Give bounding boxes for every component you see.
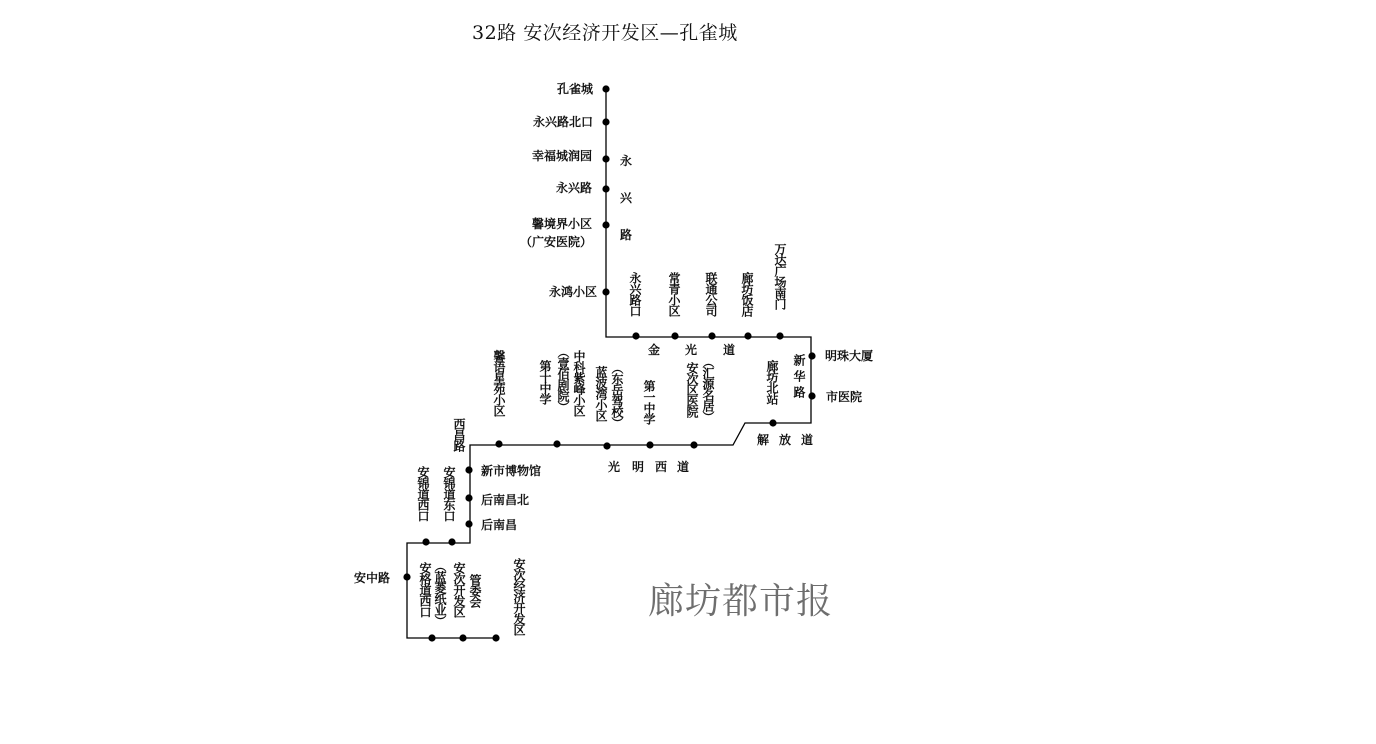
stop-sublabel: （广安医院） (500, 234, 592, 250)
stop-label: 中科紫峰小区 (571, 350, 587, 416)
road-label-guangming: 西 (655, 458, 667, 475)
stop-label: 万达广场南门 (772, 243, 788, 309)
road-label-yongxing: 路 (620, 226, 632, 243)
road-label-guangming: 道 (677, 458, 689, 475)
stop-label: 永兴路北口 (500, 114, 593, 130)
stop-label: 安中路 (354, 570, 390, 586)
stop-label: 新市博物馆 (481, 463, 541, 479)
stop-label: 廊坊饭店 (739, 272, 755, 316)
stop-label: 廊坊北站 (764, 360, 780, 404)
page-title: 32路 安次经济开发区—孔雀城 (472, 18, 738, 45)
stop-sublabel: （壹佰剧院） (555, 346, 571, 412)
road-label-guangming: 明 (632, 458, 644, 475)
road-label-jinguang: 光 (685, 341, 697, 358)
stop-sublabel: （蓝菱纸业） (432, 560, 448, 626)
stop-label: 馨境界小区 (500, 216, 592, 232)
stop-label: 馨语星苑小区 (491, 350, 507, 416)
stop-label: 安次开发区 (451, 562, 467, 617)
road-label-jiefang: 解 (757, 431, 769, 448)
stop-label-extra: 管委会 (467, 574, 483, 607)
road-label-jinguang: 金 (648, 341, 660, 358)
stop-label: 安次区医院 (684, 362, 700, 417)
stop-label: 安格道西口 (417, 562, 433, 617)
stop-label: 明珠大厦 (825, 348, 873, 364)
stop-label: 市医院 (826, 389, 862, 405)
stop-sublabel: （汇源名居） (700, 356, 716, 422)
stop-label: 常青小区 (666, 272, 682, 316)
road-label-jinguang: 道 (723, 341, 735, 358)
stop-label: 安锦道东口 (441, 466, 457, 521)
stop-label: 永鸿小区 (520, 284, 597, 300)
stop-label: 第一中学 (641, 380, 657, 424)
stop-sublabel: （东岳驾校） (609, 362, 625, 428)
stop-label: 蓝波湾小区 (593, 366, 609, 421)
road-label-jiefang: 道 (801, 431, 813, 448)
stop-label: 后南昌 (481, 517, 517, 533)
stop-label: 永兴路 (520, 180, 592, 196)
stop-label: 后南昌北 (481, 492, 529, 508)
stop-label-extra: 第十中学 (537, 360, 553, 404)
road-label-guangming: 光 (608, 458, 620, 475)
road-label-xinhua: 新华路 (791, 354, 808, 402)
stop-label: 安锦道西口 (415, 466, 431, 521)
stop-label: 孔雀城 (520, 81, 593, 97)
stop-label: 永兴路口 (627, 272, 643, 316)
watermark: 廊坊都市报 (648, 573, 833, 624)
stop-label: 幸福城润园 (500, 148, 592, 164)
road-label-jiefang: 放 (779, 431, 791, 448)
stop-label: 联通公司 (703, 272, 719, 316)
road-label-yongxing: 兴 (620, 189, 632, 206)
road-label-xichang: 西昌路 (451, 418, 468, 451)
road-label-yongxing: 永 (620, 152, 632, 169)
stop-label: 安次经济开发区 (511, 558, 527, 635)
